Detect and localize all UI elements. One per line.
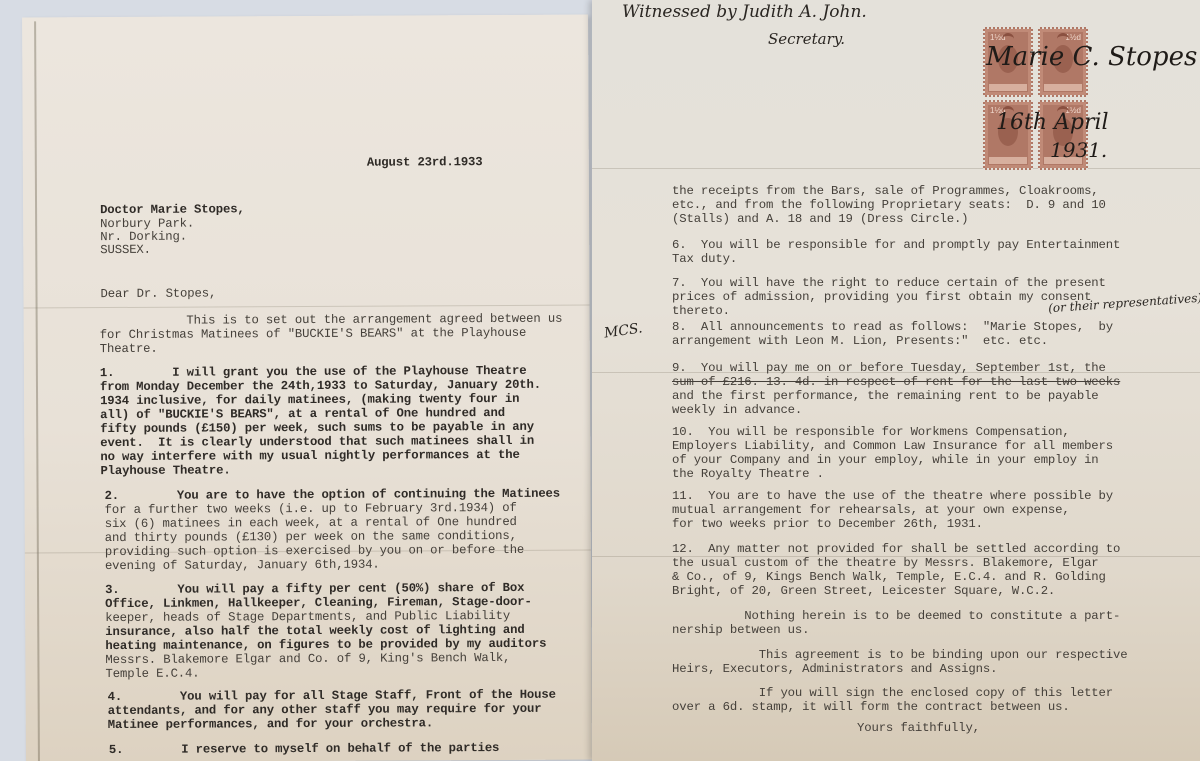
valediction: Yours faithfully, (857, 721, 980, 735)
text-line: 10. You will be responsible for Workmens… (672, 425, 1070, 439)
signature-date: 16th April (996, 110, 1109, 135)
text-line: thereto. (672, 304, 730, 318)
text-line: weekly in advance. (672, 403, 802, 417)
text-line: Theatre. (100, 342, 158, 356)
clause-2: 2. You are to have the option of continu… (22, 15, 588, 18)
text-line: Matinee performances, and for your orche… (108, 716, 433, 732)
text-line: and the first performance, the remaining… (672, 389, 1099, 403)
text-line: over a 6d. stamp, it will form the contr… (672, 700, 1070, 714)
clause-3: 3. You will pay a fifty per cent (50%) s… (22, 15, 588, 18)
clause-4: 4. You will pay for all Stage Staff, Fro… (22, 15, 588, 18)
text-line: Messrs. Blakemore Elgar and Co. of 9, Ki… (105, 651, 510, 667)
letter-date: August 23rd.1933 (367, 155, 483, 170)
signature-year: 1931. (1050, 138, 1107, 162)
text-line: 7. You will have the right to reduce cer… (672, 276, 1106, 290)
text-line: arrangement with Leon M. Lion, Presents:… (672, 334, 1048, 348)
salutation: Dear Dr. Stopes, (100, 286, 216, 301)
text-line: evening of Saturday, January 6th,1934. (105, 558, 380, 573)
witness-note: Witnessed by Judith A. John. (622, 2, 867, 22)
text-line: Tax duty. (672, 252, 737, 266)
text-line: & Co., of 9, Kings Bench Walk, Temple, E… (672, 570, 1106, 584)
text-line: This agreement is to be binding upon our… (672, 648, 1127, 662)
text-line: prices of admission, providing you first… (672, 290, 1091, 304)
text-line: If you will sign the enclosed copy of th… (672, 686, 1113, 700)
text-line: of your Company and in your employ, whil… (672, 453, 1099, 467)
text-line: the receipts from the Bars, sale of Prog… (672, 184, 1099, 198)
text-line: 6. You will be responsible for and promp… (672, 238, 1120, 252)
signature: Marie C. Stopes (986, 42, 1197, 72)
paper-fold-line (592, 168, 1200, 169)
text-line: the usual custom of the theatre by Messr… (672, 556, 1099, 570)
text-line: no way interfere with my usual nightly p… (100, 448, 519, 464)
text-line: nership between us. (672, 623, 809, 637)
text-line: the Royalty Theatre . (672, 467, 824, 481)
text-line: 8. All announcements to read as follows:… (672, 320, 1113, 334)
left-letter-page: August 23rd.1933 Doctor Marie Stopes, No… (22, 15, 592, 761)
clause-5: 5. I reserve to myself on behalf of the … (22, 15, 588, 18)
address-line: SUSSEX. (100, 243, 151, 257)
text-line: (Stalls) and A. 18 and 19 (Dress Circle.… (672, 212, 968, 226)
text-line: Temple E.C.4. (105, 667, 199, 681)
text-line: Heirs, Executors, Administrators and Ass… (672, 662, 997, 676)
text-line: Bright, of 20, Green Street, Leicester S… (672, 584, 1055, 598)
text-line: for two weeks prior to December 26th, 19… (672, 517, 983, 531)
text-line: Nothing herein is to be deemed to consti… (672, 609, 1120, 623)
struck-text-line: sum of £216. 13. 4d. in respect of rent … (672, 375, 1120, 389)
text-line: 11. You are to have the use of the theat… (672, 489, 1113, 503)
address-line: Doctor Marie Stopes, (100, 202, 245, 217)
recipient-address: Doctor Marie Stopes, Norbury Park. Nr. D… (22, 15, 588, 18)
text-line: mutual arrangement for rehearsals, at yo… (672, 503, 1070, 517)
text-line: 12. Any matter not provided for shall be… (672, 542, 1120, 556)
text-line: 5. I reserve to myself on behalf of the … (109, 741, 499, 757)
paper-fold-line (24, 305, 590, 309)
text-line: etc., and from the following Proprietary… (672, 198, 1106, 212)
witness-title: Secretary. (768, 30, 845, 48)
text-line: attendants, and for any other staff you … (108, 702, 542, 718)
intro-paragraph: This is to set out the arrangement agree… (22, 15, 588, 18)
text-line: providing such option is exercised by yo… (105, 543, 524, 559)
text-line: Employers Liability, and Common Law Insu… (672, 439, 1113, 453)
text-line: Playhouse Theatre. (100, 463, 230, 478)
text-line: for Christmas Matinees of "BUCKIE'S BEAR… (100, 326, 527, 342)
clause-1: 1. I will grant you the use of the Playh… (22, 15, 588, 18)
text-line: 9. You will pay me on or before Tuesday,… (672, 361, 1106, 375)
